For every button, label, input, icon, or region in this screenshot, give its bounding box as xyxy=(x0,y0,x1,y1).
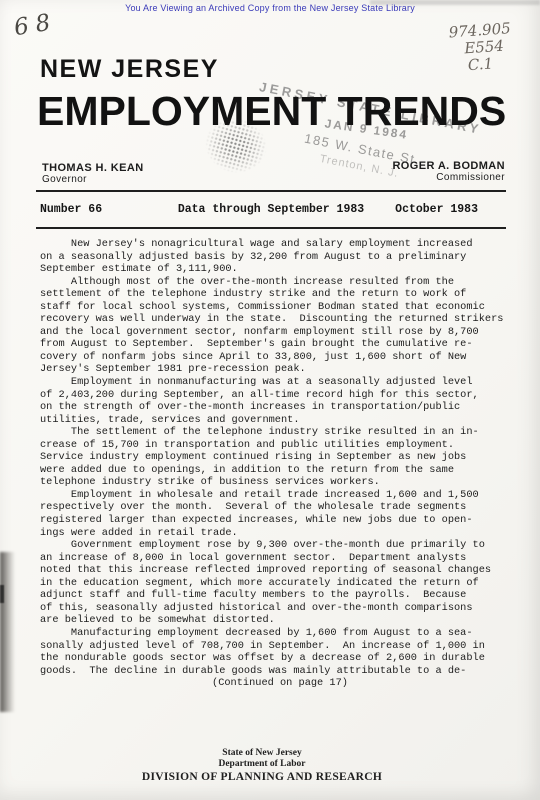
article-body: New Jersey's nonagricultural wage and sa… xyxy=(40,238,520,690)
body-paragraph: Employment in nonmanufacturing was at a … xyxy=(40,376,520,426)
masthead-state: NEW JERSEY xyxy=(40,55,219,84)
footer-department: Department of Labor xyxy=(0,759,524,770)
masthead-rule-bottom xyxy=(36,227,506,229)
issue-bar: Number 66 Data through September 1983 Oc… xyxy=(36,203,506,219)
footer-state: State of New Jersey xyxy=(0,748,524,759)
issue-number: Number 66 xyxy=(40,203,102,216)
archive-banner: You Are Viewing an Archived Copy from th… xyxy=(0,3,540,13)
governor-name: THOMAS H. KEAN xyxy=(42,162,144,174)
handwritten-call-number: 974.905 E554 C.1 xyxy=(398,20,513,79)
body-paragraph: Although most of the over-the-month incr… xyxy=(40,276,520,376)
body-paragraph: New Jersey's nonagricultural wage and sa… xyxy=(40,238,520,276)
issue-data-range: Data through September 1983 xyxy=(178,203,364,216)
continued-note: (Continued on page 17) xyxy=(40,677,520,690)
body-paragraph: Government employment rose by 9,300 over… xyxy=(40,539,520,627)
masthead-rule-top xyxy=(36,190,506,192)
body-paragraph: Employment in wholesale and retail trade… xyxy=(40,489,520,539)
body-paragraph: The settlement of the telephone industry… xyxy=(40,426,520,489)
scanned-document-page: You Are Viewing an Archived Copy from th… xyxy=(0,0,540,800)
page-footer: State of New Jersey Department of Labor … xyxy=(0,748,524,783)
governor-block: THOMAS H. KEAN Governor xyxy=(42,162,144,186)
masthead-title: EMPLOYMENT TRENDS xyxy=(37,88,506,135)
handwritten-page-number: 68 xyxy=(12,9,59,41)
scan-artifact-left-edge xyxy=(0,552,15,712)
governor-title: Governor xyxy=(42,174,144,186)
footer-division: DIVISION OF PLANNING AND RESEARCH xyxy=(0,771,524,783)
issue-date: October 1983 xyxy=(395,203,478,216)
body-paragraph: Manufacturing employment decreased by 1,… xyxy=(40,627,520,677)
scan-artifact-left-tick xyxy=(0,585,4,603)
